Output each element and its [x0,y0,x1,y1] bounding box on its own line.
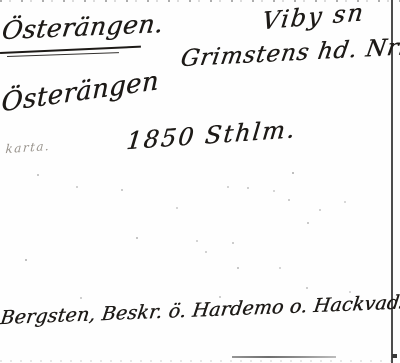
source-reference: Bergsten, Beskr. ö. Hardemo o. Hackvads … [0,290,400,330]
scan-bottom-smudge [232,356,336,358]
scan-bottom-edge-speckles [0,360,400,362]
paper-speckles [37,174,39,176]
district-province-note: Grimstens hd. Nrk. [179,33,400,72]
headword-underline-short [7,52,119,57]
headword-place-name: Österängen. [0,9,165,45]
headword-underline-long [0,46,141,54]
place-name-variant: Österängen [1,66,159,119]
pencil-note: karta. [5,139,51,156]
parish-name: Viby sn [261,0,367,35]
scan-corner-mark [392,354,397,358]
publication-year-place: 1850 Sthlm. [125,115,298,155]
scanned-index-card: Österängen. Viby sn Grimstens hd. Nrk. Ö… [0,0,400,363]
